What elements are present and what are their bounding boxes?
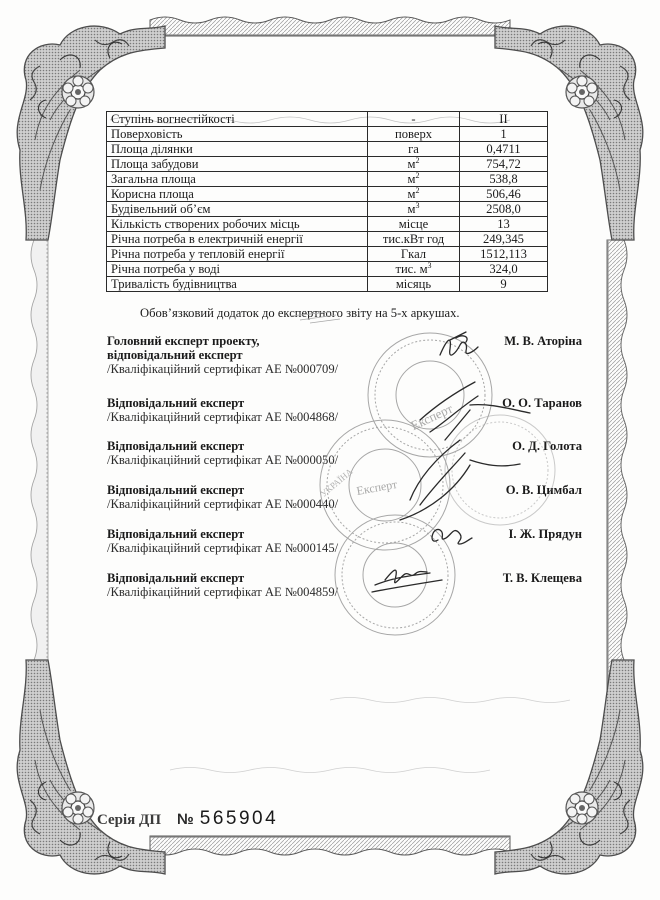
indicator-value: 538,8	[460, 172, 548, 187]
indicator-value: 2508,0	[460, 202, 548, 217]
indicator-value: 13	[460, 217, 548, 232]
form-number: 565904	[200, 808, 278, 829]
table-row: Річна потреба у тепловій енергії Гкал 15…	[107, 247, 548, 262]
expert-entry-chief: Головний експерт проекту, відповідальний…	[107, 334, 582, 376]
indicator-name: Тривалість будівництва	[107, 277, 368, 292]
table-row: Кількість створених робочих місць місце …	[107, 217, 548, 232]
indicator-name: Кількість створених робочих місць	[107, 217, 368, 232]
expert-role-line2: відповідальний експерт	[107, 348, 582, 362]
indicator-unit: -	[368, 112, 460, 127]
indicator-unit: м2	[368, 157, 460, 172]
indicator-name: Поверховість	[107, 127, 368, 142]
indicator-unit: поверх	[368, 127, 460, 142]
expert-certificate: /Кваліфікаційний сертифікат АЕ №000050/	[107, 453, 582, 467]
table-row: Корисна площа м2 506,46	[107, 187, 548, 202]
expert-role: Відповідальний експерт	[107, 439, 582, 453]
indicator-name: Ступінь вогнестійкості	[107, 112, 368, 127]
indicator-value: 754,72	[460, 157, 548, 172]
indicator-value: 1512,113	[460, 247, 548, 262]
expert-certificate: /Кваліфікаційний сертифікат АЕ №004859/	[107, 585, 582, 599]
expert-certificate: /Кваліфікаційний сертифікат АЕ №000145/	[107, 541, 582, 555]
indicator-value: II	[460, 112, 548, 127]
series-label: Серія ДП	[97, 812, 161, 828]
table-row: Будівельний об’єм м3 2508,0	[107, 202, 548, 217]
expert-name: І. Ж. Прядун	[509, 527, 582, 541]
expert-name: О. В. Цимбал	[506, 483, 582, 497]
expert-entry: Відповідальний експерт /Кваліфікаційний …	[107, 483, 582, 511]
annex-note: Обов’язковий додаток до експертного звіт…	[140, 306, 460, 321]
indicator-unit: га	[368, 142, 460, 157]
table-row: Річна потреба в електричній енергії тис.…	[107, 232, 548, 247]
indicator-value: 506,46	[460, 187, 548, 202]
indicator-unit: м3	[368, 202, 460, 217]
indicator-unit: місяць	[368, 277, 460, 292]
table-row: Площа забудови м2 754,72	[107, 157, 548, 172]
expert-certificate: /Кваліфікаційний сертифікат АЕ №000709/	[107, 362, 582, 376]
indicator-unit: тис.кВт год	[368, 232, 460, 247]
indicator-value: 249,345	[460, 232, 548, 247]
number-sign: №	[177, 811, 194, 828]
indicator-value: 9	[460, 277, 548, 292]
technical-indicators-table: Ступінь вогнестійкості - II Поверховість…	[106, 111, 548, 292]
indicator-value: 1	[460, 127, 548, 142]
indicator-name: Річна потреба у воді	[107, 262, 368, 277]
indicator-unit: Гкал	[368, 247, 460, 262]
indicator-name: Річна потреба у тепловій енергії	[107, 247, 368, 262]
indicator-unit: тис. м3	[368, 262, 460, 277]
table-row: Поверховість поверх 1	[107, 127, 548, 142]
expert-certificate: /Кваліфікаційний сертифікат АЕ №004868/	[107, 410, 582, 424]
expert-name: Т. В. Клещева	[503, 571, 582, 585]
indicator-unit: м2	[368, 187, 460, 202]
table-row: Ступінь вогнестійкості - II	[107, 112, 548, 127]
indicator-value: 324,0	[460, 262, 548, 277]
expert-certificate: /Кваліфікаційний сертифікат АЕ №000440/	[107, 497, 582, 511]
expert-name: О. О. Таранов	[502, 396, 582, 410]
indicator-name: Площа ділянки	[107, 142, 368, 157]
expert-entry: Відповідальний експерт /Кваліфікаційний …	[107, 527, 582, 555]
table-row: Загальна площа м2 538,8	[107, 172, 548, 187]
indicator-name: Корисна площа	[107, 187, 368, 202]
expert-entry: Відповідальний експерт /Кваліфікаційний …	[107, 571, 582, 599]
table-row: Площа ділянки га 0,4711	[107, 142, 548, 157]
indicator-unit: м2	[368, 172, 460, 187]
table-row: Тривалість будівництва місяць 9	[107, 277, 548, 292]
expert-name: М. В. Аторіна	[504, 334, 582, 348]
expert-name: О. Д. Голота	[512, 439, 582, 453]
indicator-name: Будівельний об’єм	[107, 202, 368, 217]
indicator-name: Річна потреба в електричній енергії	[107, 232, 368, 247]
form-series: Серія ДП № 565904	[97, 808, 278, 830]
table-row: Річна потреба у воді тис. м3 324,0	[107, 262, 548, 277]
indicator-unit: місце	[368, 217, 460, 232]
expert-entry: Відповідальний експерт /Кваліфікаційний …	[107, 396, 582, 424]
expert-entry: Відповідальний експерт /Кваліфікаційний …	[107, 439, 582, 467]
indicator-value: 0,4711	[460, 142, 548, 157]
indicator-name: Площа забудови	[107, 157, 368, 172]
indicator-name: Загальна площа	[107, 172, 368, 187]
